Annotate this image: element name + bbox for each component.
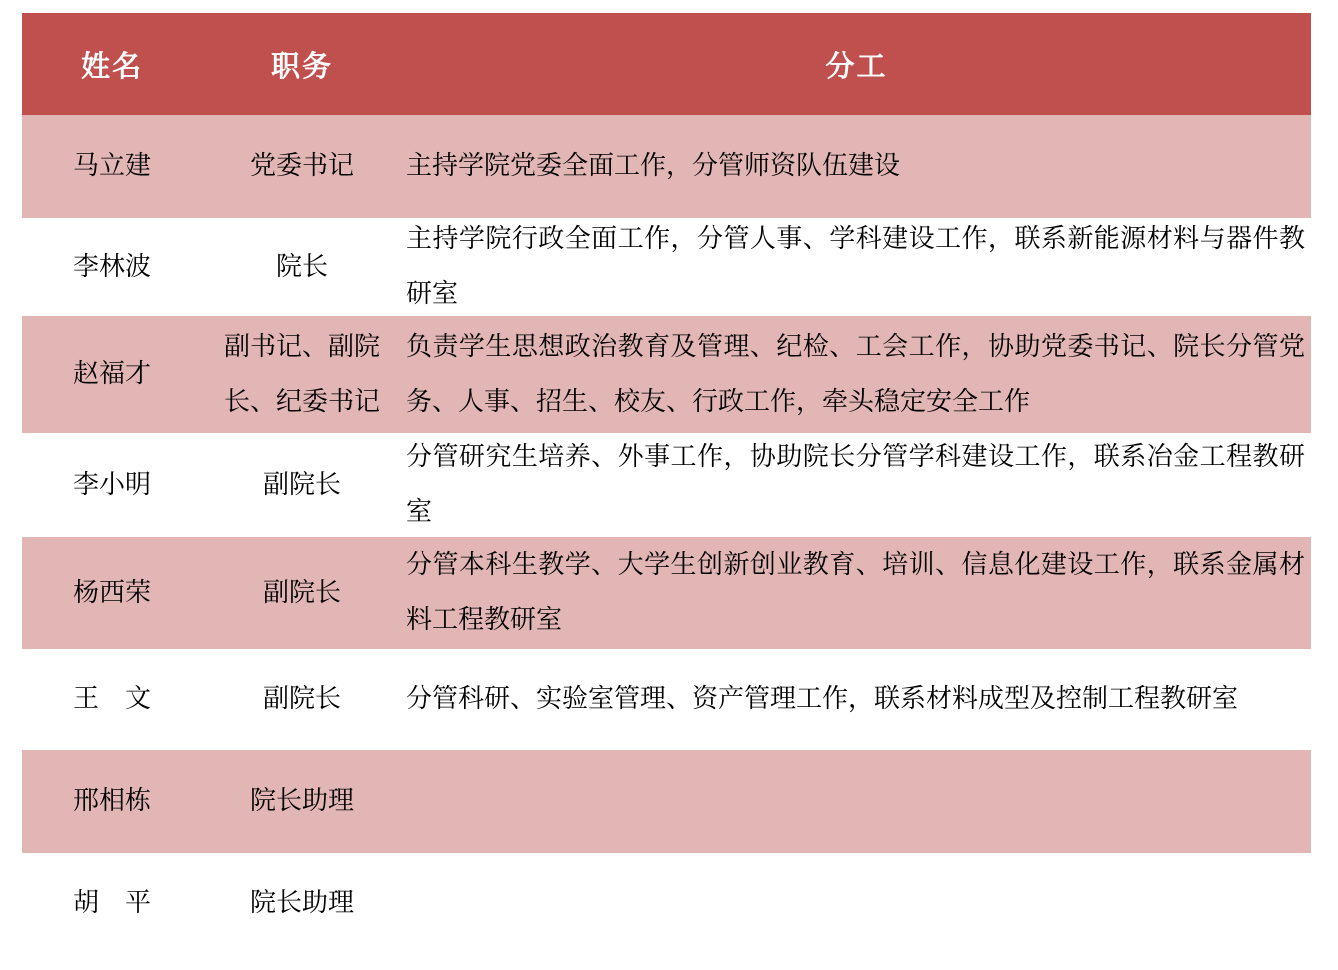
person-name: 邢相栋: [73, 785, 151, 818]
table-row: 马立建 党委书记 主持学院党委全面工作，分管师资队伍建设: [22, 115, 1311, 218]
table-row: 邢相栋 院长助理: [22, 750, 1311, 853]
cell-name: 王 文: [22, 649, 202, 750]
person-position: 院长助理: [250, 774, 354, 829]
cell-name: 马立建: [22, 115, 202, 218]
person-name: 赵福才: [73, 358, 151, 391]
table-row: 李小明 副院长 分管研究生培养、外事工作，协助院长分管学科建设工作，联系冶金工程…: [22, 433, 1311, 537]
cell-duty: [402, 853, 1311, 953]
person-name: 李小明: [73, 469, 151, 502]
person-name: 李林波: [73, 251, 151, 284]
table-row: 杨西荣 副院长 分管本科生教学、大学生创新创业教育、培训、信息化建设工作，联系金…: [22, 537, 1311, 649]
cell-duty: 主持学院党委全面工作，分管师资队伍建设: [402, 115, 1311, 218]
person-position: 副书记、副院长、纪委书记: [218, 320, 386, 430]
cell-name: 李小明: [22, 433, 202, 537]
header-cell-duty: 分工: [402, 13, 1311, 115]
cell-name: 李林波: [22, 218, 202, 316]
person-name: 胡 平: [73, 887, 151, 920]
person-name: 马立建: [73, 150, 151, 183]
cell-name: 杨西荣: [22, 537, 202, 649]
cell-position: 副院长: [202, 649, 402, 750]
person-position: 副院长: [263, 672, 341, 727]
person-duty: 主持学院行政全面工作，分管人事、学科建设工作，联系新能源材料与器件教研室: [406, 212, 1305, 322]
header-cell-name: 姓名: [22, 13, 202, 115]
cell-position: 院长助理: [202, 853, 402, 953]
table-header-row: 姓名 职务 分工: [22, 13, 1311, 115]
cell-name: 邢相栋: [22, 750, 202, 853]
person-position: 院长: [276, 240, 328, 295]
table-row: 胡 平 院长助理: [22, 853, 1311, 953]
person-duty: 负责学生思想政治教育及管理、纪检、工会工作，协助党委书记、院长分管党务、人事、招…: [406, 320, 1305, 430]
cell-position: 院长助理: [202, 750, 402, 853]
cell-duty: [402, 750, 1311, 853]
cell-position: 副书记、副院长、纪委书记: [202, 316, 402, 433]
person-name: 杨西荣: [73, 577, 151, 610]
cell-name: 胡 平: [22, 853, 202, 953]
cell-position: 副院长: [202, 433, 402, 537]
cell-duty: 负责学生思想政治教育及管理、纪检、工会工作，协助党委书记、院长分管党务、人事、招…: [402, 316, 1311, 433]
person-duty: 分管本科生教学、大学生创新创业教育、培训、信息化建设工作，联系金属材料工程教研室: [406, 538, 1305, 648]
cell-position: 副院长: [202, 537, 402, 649]
cell-duty: 分管科研、实验室管理、资产管理工作，联系材料成型及控制工程教研室: [402, 649, 1311, 750]
table-row: 王 文 副院长 分管科研、实验室管理、资产管理工作，联系材料成型及控制工程教研室: [22, 649, 1311, 750]
person-duty: 主持学院党委全面工作，分管师资队伍建设: [406, 139, 1305, 194]
person-duty: 分管科研、实验室管理、资产管理工作，联系材料成型及控制工程教研室: [406, 672, 1305, 727]
cell-duty: 分管研究生培养、外事工作，协助院长分管学科建设工作，联系冶金工程教研室: [402, 433, 1311, 537]
staff-division-table: 姓名 职务 分工 马立建 党委书记 主持学院党委全面工作，分管师资队伍建设 李林…: [22, 13, 1311, 953]
person-name: 王 文: [73, 683, 151, 716]
table-row: 李林波 院长 主持学院行政全面工作，分管人事、学科建设工作，联系新能源材料与器件…: [22, 218, 1311, 316]
cell-name: 赵福才: [22, 316, 202, 433]
table-row: 赵福才 副书记、副院长、纪委书记 负责学生思想政治教育及管理、纪检、工会工作，协…: [22, 316, 1311, 433]
cell-duty: 主持学院行政全面工作，分管人事、学科建设工作，联系新能源材料与器件教研室: [402, 218, 1311, 316]
person-position: 党委书记: [250, 139, 354, 194]
person-position: 院长助理: [250, 876, 354, 931]
cell-duty: 分管本科生教学、大学生创新创业教育、培训、信息化建设工作，联系金属材料工程教研室: [402, 537, 1311, 649]
person-position: 副院长: [263, 566, 341, 621]
person-position: 副院长: [263, 458, 341, 513]
person-duty: 分管研究生培养、外事工作，协助院长分管学科建设工作，联系冶金工程教研室: [406, 430, 1305, 540]
cell-position: 党委书记: [202, 115, 402, 218]
cell-position: 院长: [202, 218, 402, 316]
header-cell-position: 职务: [202, 13, 402, 115]
